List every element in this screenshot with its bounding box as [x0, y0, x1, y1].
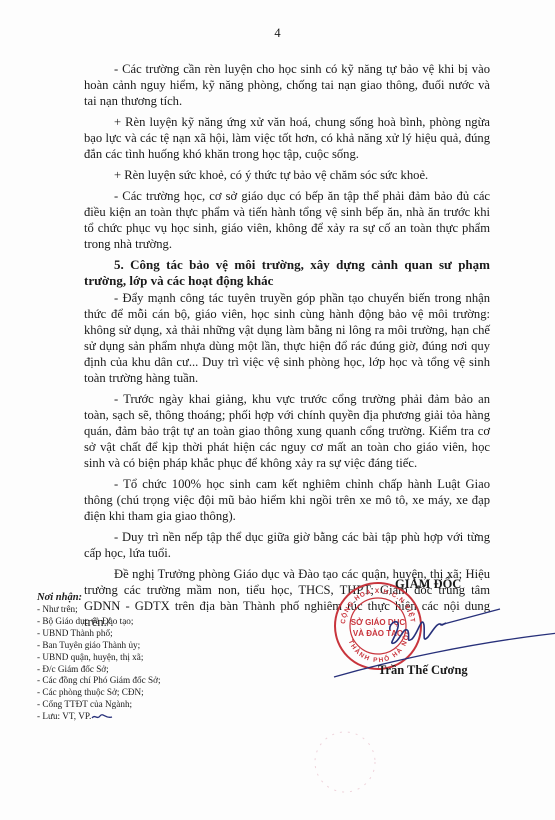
recipient-item: - Như trên;	[37, 604, 297, 616]
recipient-item: - Bộ Giáo dục và Đào tạo;	[37, 616, 297, 628]
paragraph: + Rèn luyện sức khoẻ, có ý thức tự bảo v…	[84, 167, 490, 183]
document-body: - Các trường cần rèn luyện cho học sinh …	[84, 61, 490, 635]
recipients-title: Nơi nhận:	[37, 591, 297, 604]
bleed-through-seal-icon	[310, 720, 380, 805]
recipient-item: - UBND Thành phố;	[37, 628, 297, 640]
recipient-item: - Đ/c Giám đốc Sở;	[37, 664, 297, 676]
recipient-item: - Ban Tuyên giáo Thành ủy;	[37, 640, 297, 652]
paragraph: + Rèn luyện kỹ năng ứng xử văn hoá, chun…	[84, 114, 490, 162]
recipient-item: - Các đồng chí Phó Giám đốc Sở;	[37, 675, 297, 687]
section-heading: 5. Công tác bảo vệ môi trường, xây dựng …	[84, 257, 490, 289]
paragraph: - Đẩy mạnh công tác tuyên truyền góp phầ…	[84, 290, 490, 386]
paragraph: - Các trường học, cơ sở giáo dục có bếp …	[84, 188, 490, 252]
recipients-block: Nơi nhận: - Như trên; - Bộ Giáo dục và Đ…	[37, 591, 297, 723]
paragraph: - Tổ chức 100% học sinh cam kết nghiêm c…	[84, 476, 490, 524]
recipient-item: - Cổng TTĐT của Ngành;	[37, 699, 297, 711]
document-page: 4 - Các trường cần rèn luyện cho học sin…	[0, 0, 555, 820]
recipient-item: - Các phòng thuộc Sở; CĐN;	[37, 687, 297, 699]
signer-title: GIÁM ĐỐC	[395, 577, 461, 592]
paragraph: - Trước ngày khai giảng, khu vực trước c…	[84, 391, 490, 471]
initials-icon	[91, 713, 113, 721]
paragraph: - Duy trì nền nếp tập thể dục giữa giờ b…	[84, 529, 490, 561]
page-number: 4	[0, 26, 555, 41]
signer-name: Trần Thế Cương	[378, 663, 468, 678]
paragraph: - Các trường cần rèn luyện cho học sinh …	[84, 61, 490, 109]
recipient-item: - Lưu: VT, VP.	[37, 711, 297, 723]
recipient-item: - UBND quận, huyện, thị xã;	[37, 652, 297, 664]
